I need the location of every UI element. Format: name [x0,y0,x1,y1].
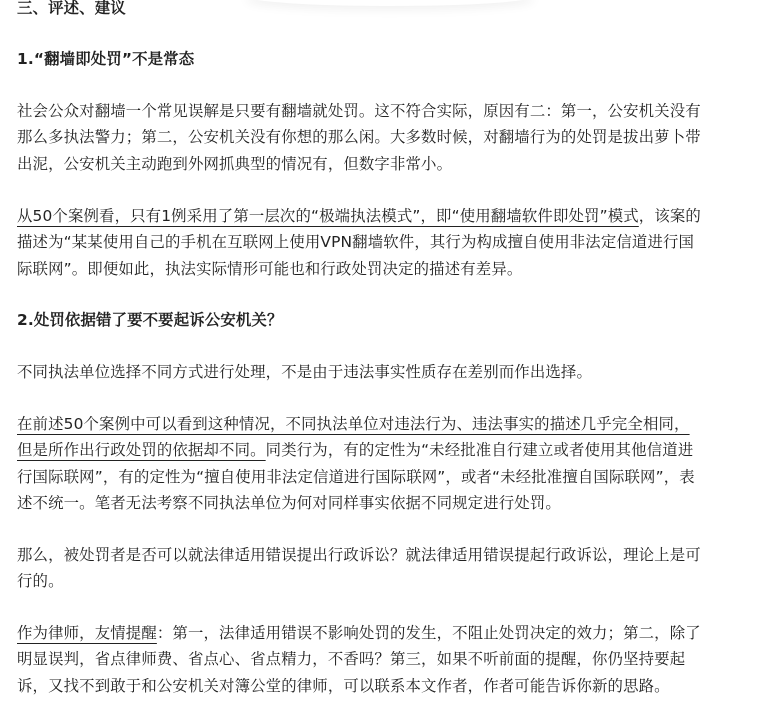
paragraph-line: 诉，又找不到敢于和公安机关对簿公堂的律师，可以联系本文作者，作者可能告诉你新的思… [17,676,670,696]
underlined-text: 从50个案例看，只有1例采用了第一层次的“极端执法模式”，即“使用翻墙软件即处罚… [17,207,639,225]
subsection-1-title: 1.“翻墙即处罚”不是常态 [17,49,194,69]
underlined-text: 在前述50个案例中可以看到这种情况，不同执法单位对违法行为、违法事实的描述几乎完… [17,415,690,433]
underlined-text: 但是所作出行政处罚的依据却不同。 [17,441,266,459]
paragraph-line: 作为律师，友情提醒：第一，法律适用错误不影响处罚的发生，不阻止处罚决定的效力；第… [17,623,701,643]
paragraph-text: 同类行为，有的定性为“未经批准自行建立或者使用其他信道进 [266,441,694,459]
paragraph-line: 行的。 [17,571,64,591]
paragraph-line: 从50个案例看，只有1例采用了第一层次的“极端执法模式”，即“使用翻墙软件即处罚… [17,206,701,226]
paragraph-text: ，该案的 [639,207,701,225]
paragraph-line: 述不统一。笔者无法考察不同执法单位为何对同样事实依据不同规定进行处罚。 [17,493,561,513]
paragraph-line: 那么多执法警力；第二，公安机关没有你想的那么闲。大多数时候，对翻墙行为的处罚是拔… [17,127,701,147]
paragraph-line: 明显误判，省点律师费、省点心、省点精力，不香吗？第三，如果不听前面的提醒，你仍坚… [17,649,685,669]
section-heading: 三、评述、建议 [17,0,126,18]
paragraph-line: 不同执法单位选择不同方式进行处理，不是由于违法事实性质存在差别而作出选择。 [17,362,592,382]
paragraph-line: 但是所作出行政处罚的依据却不同。同类行为，有的定性为“未经批准自行建立或者使用其… [17,440,693,460]
paragraph-line: 出泥，公安机关主动跑到外网抓典型的情况有，但数字非常小。 [17,154,452,174]
paragraph-line: 那么，被处罚者是否可以就法律适用错误提出行政诉讼？就法律适用错误提起行政诉讼，理… [17,545,701,565]
paragraph-text: ：第一，法律适用错误不影响处罚的发生，不阻止处罚决定的效力；第二，除了 [157,624,701,642]
paragraph-line: 描述为“某某使用自己的手机在互联网上使用VPN翻墙软件，其行为构成擅自使用非法定… [17,232,694,252]
subsection-2-title: 2.处罚依据错了要不要起诉公安机关？ [17,310,283,330]
paragraph-line: 社会公众对翻墙一个常见误解是只要有翻墙就处罚。这不符合实际，原因有二：第一，公安… [17,101,701,121]
paragraph-line: 际联网”。即便如此，执法实际情形可能也和行政处罚决定的描述有差异。 [17,259,522,279]
paragraph-line: 在前述50个案例中可以看到这种情况，不同执法单位对违法行为、违法事实的描述几乎完… [17,414,690,434]
underlined-text: 作为律师，友情提醒 [17,624,157,642]
overlay-shadow [245,0,535,6]
paragraph-line: 行国际联网”，有的定性为“擅自使用非法定信道进行国际联网”，或者“未经批准擅自国… [17,467,695,487]
